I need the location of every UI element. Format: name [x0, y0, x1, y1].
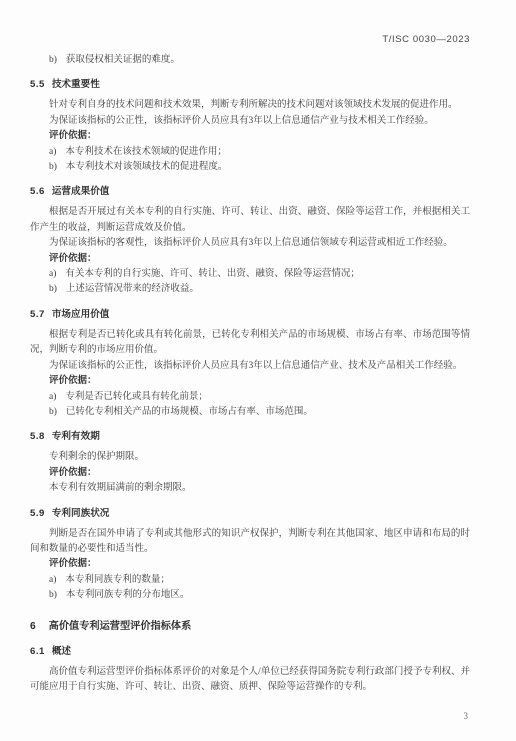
section-5.5: 5.5技术重要性针对专利自身的技术问题和技术效果，判断专利所解决的技术问题对该领…	[30, 77, 470, 175]
list-item: b)本专利技术对该领域技术的促进程度。	[30, 160, 470, 175]
document-code-header: T/ISC 0030—2023	[30, 34, 470, 46]
evaluation-basis-label: 评价依据：	[30, 374, 470, 389]
paragraph: 高价值专利运营型评价指标体系评价的对象是个人/单位已经获得国务院专利行政部门授予…	[30, 665, 470, 696]
paragraph: 针对专利自身的技术问题和技术效果，判断专利所解决的技术问题对该领域技术发展的促进…	[30, 98, 470, 113]
section-heading: 5.9专利同族状况	[30, 506, 470, 521]
paragraph: 根据是否开展过有关本专利的自行实施、许可、转让、出资、融资、保险等运营工作，并根…	[30, 205, 470, 236]
section-number: 5.8	[30, 431, 45, 442]
section-heading: 5.8专利有效期	[30, 429, 470, 444]
list-item-marker: a)	[49, 145, 56, 160]
list-item-marker: b)	[49, 53, 57, 68]
page-number: 3	[464, 709, 469, 724]
section-5.6: 5.6运营成果价值根据是否开展过有关本专利的自行实施、许可、转让、出资、融资、保…	[30, 184, 470, 297]
section-title: 市场应用价值	[52, 309, 110, 320]
sections: 5.5技术重要性针对专利自身的技术问题和技术效果，判断专利所解决的技术问题对该领…	[30, 77, 470, 695]
section-title: 专利同族状况	[52, 508, 110, 519]
document-page: T/ISC 0030—2023 b)获取侵权相关证据的难度。 5.5技术重要性针…	[0, 0, 516, 741]
paragraph: 为保证该指标的客观性，该指标评价人员应具有3年以上信息通信领域专利运营或相近工作…	[30, 236, 470, 251]
list-item-text: 本专利技术在该技术领域的促进作用；	[65, 147, 227, 157]
section-number: 5.9	[30, 508, 45, 519]
list-item-text: 上述运营情况带来的经济收益。	[66, 284, 199, 294]
list-item-marker: a)	[49, 390, 56, 405]
section-title: 运营成果价值	[52, 186, 110, 197]
section-5.7: 5.7市场应用价值根据专利是否已转化或具有转化前景，已转化专利相关产品的市场规模…	[30, 307, 470, 420]
list-item-marker: b)	[49, 405, 57, 420]
section-number: 5.6	[30, 186, 45, 197]
section-title: 专利有效期	[52, 431, 100, 442]
list-item-marker: b)	[49, 282, 57, 297]
list-item-text: 本专利同族专利的分布地区。	[66, 590, 190, 600]
evaluation-basis-label: 评价依据：	[30, 252, 470, 267]
section-number: 6.1	[30, 646, 45, 657]
list-item-text: 有关本专利的自行实施、许可、转让、出资、融资、保险等运营情况；	[65, 269, 360, 279]
list-item-marker: a)	[49, 573, 56, 588]
section-number: 5.5	[30, 79, 45, 90]
list-item-marker: a)	[49, 267, 56, 282]
section-heading: 5.6运营成果价值	[30, 184, 470, 199]
evaluation-basis-label: 评价依据：	[30, 466, 470, 481]
list-item-text: 获取侵权相关证据的难度。	[66, 55, 180, 65]
evaluation-basis-label: 评价依据：	[30, 129, 470, 144]
list-item: a)专利是否已转化或具有转化前景；	[30, 390, 470, 405]
list-item: b)获取侵权相关证据的难度。	[30, 53, 470, 68]
list-item-text: 专利是否已转化或具有转化前景；	[65, 392, 208, 402]
section-5.9: 5.9专利同族状况判断是否在国外申请了专利或其他形式的知识产权保护，判断专利在其…	[30, 506, 470, 604]
paragraph: 为保证该指标的公正性，该指标评价人员应具有3年以上信息通信产业、技术及产品相关工…	[30, 359, 470, 374]
section-6.1: 6.1概述高价值专利运营型评价指标体系评价的对象是个人/单位已经获得国务院专利行…	[30, 644, 470, 696]
list-item-marker: b)	[49, 588, 57, 603]
section-title: 概述	[52, 646, 71, 657]
section-heading: 6高价值专利运营型评价指标体系	[30, 619, 470, 635]
list-item-text: 本专利技术对该领域技术的促进程度。	[66, 162, 228, 172]
paragraph: 判断是否在国外申请了专利或其他形式的知识产权保护，判断专利在其他国家、地区申请和…	[30, 527, 470, 558]
section-6: 6高价值专利运营型评价指标体系	[30, 619, 470, 635]
paragraph: 专利剩余的保护期限。	[30, 450, 470, 465]
paragraph: 本专利有效期届满前的剩余期限。	[30, 481, 470, 496]
list-item: b)已转化专利相关产品的市场规模、市场占有率、市场范围。	[30, 405, 470, 420]
list-item: b)上述运营情况带来的经济收益。	[30, 282, 470, 297]
list-item: a)本专利同族专利的数量；	[30, 573, 470, 588]
section-heading: 5.5技术重要性	[30, 77, 470, 92]
list-item-marker: b)	[49, 160, 57, 175]
section-heading: 6.1概述	[30, 644, 470, 659]
section-heading: 5.7市场应用价值	[30, 307, 470, 322]
paragraph: 为保证该指标的公正性，该指标评价人员应具有3年以上信息通信产业与技术相关工作经验…	[30, 114, 470, 129]
section-title: 技术重要性	[52, 79, 100, 90]
section-5.8: 5.8专利有效期专利剩余的保护期限。评价依据：本专利有效期届满前的剩余期限。	[30, 429, 470, 496]
section-title: 高价值专利运营型评价指标体系	[49, 621, 192, 632]
list-item: a)有关本专利的自行实施、许可、转让、出资、融资、保险等运营情况；	[30, 267, 470, 282]
evaluation-basis-label: 评价依据：	[30, 557, 470, 572]
paragraph: 根据专利是否已转化或具有转化前景，已转化专利相关产品的市场规模、市场占有率、市场…	[30, 328, 470, 359]
list-item: a)本专利技术在该技术领域的促进作用；	[30, 145, 470, 160]
list-item: b)本专利同族专利的分布地区。	[30, 588, 470, 603]
section-number: 6	[30, 621, 36, 632]
list-item-text: 本专利同族专利的数量；	[65, 575, 170, 585]
list-item-text: 已转化专利相关产品的市场规模、市场占有率、市场范围。	[66, 407, 313, 417]
section-number: 5.7	[30, 309, 45, 320]
